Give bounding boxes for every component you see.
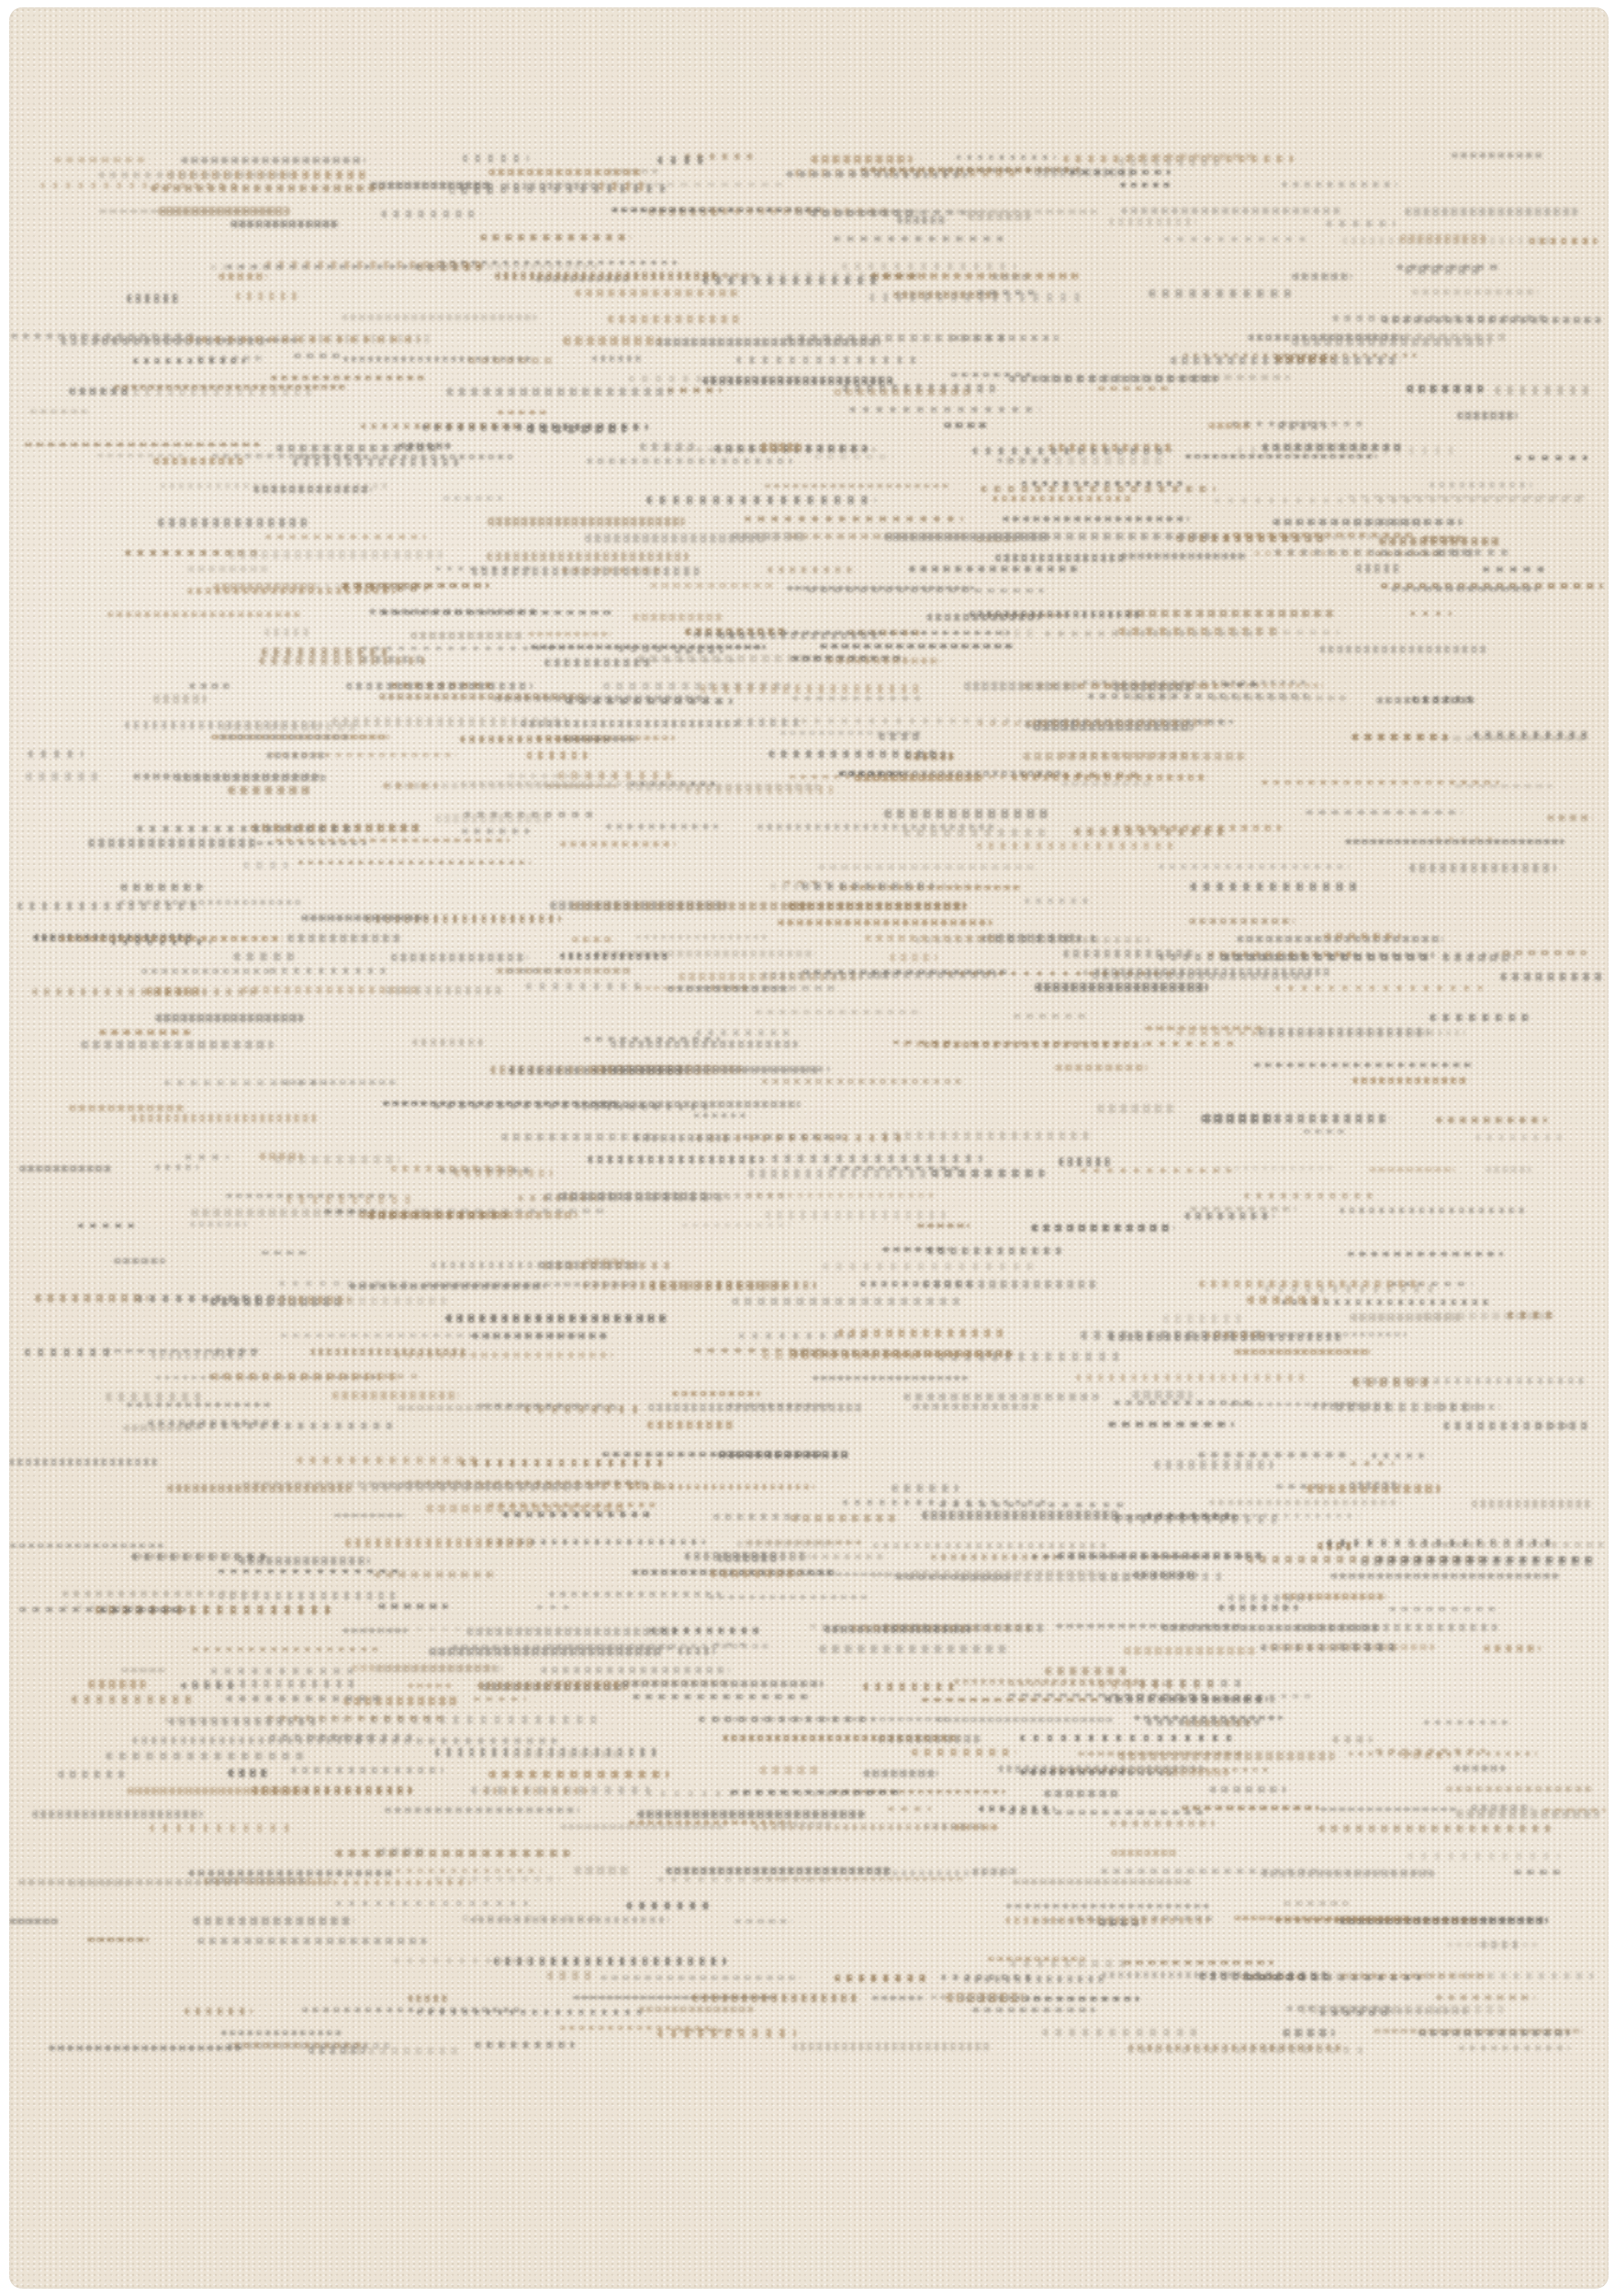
rug-streak: [187, 336, 421, 343]
rug-streak: [1022, 481, 1183, 486]
rug-streak: [1042, 2029, 1205, 2037]
rug-streak: [99, 1030, 191, 1036]
rug-streak: [81, 1041, 274, 1050]
rug-streak: [884, 533, 1051, 542]
rug-streak: [1244, 1193, 1375, 1199]
rug-streak: [1500, 973, 1603, 981]
rug-streak: [827, 658, 941, 664]
rug-streak: [291, 1767, 443, 1773]
rug-streak: [574, 1866, 631, 1874]
rug-streak: [361, 423, 520, 429]
rug-streak: [1006, 1904, 1209, 1909]
rug-streak: [1247, 1296, 1326, 1304]
rug-streak: [1113, 682, 1195, 692]
rug-streak: [1132, 1390, 1194, 1400]
rug-streak: [1061, 782, 1155, 786]
rug-streak: [1377, 1557, 1598, 1562]
rug-streak: [814, 455, 892, 459]
rug-streak: [560, 952, 670, 961]
rug-streak: [544, 658, 652, 667]
rug-streak: [894, 1575, 1008, 1580]
rug-streak: [563, 336, 661, 345]
rug-streak: [1190, 1207, 1296, 1211]
rug-streak: [508, 969, 569, 973]
rug-streak: [568, 568, 653, 576]
rug-streak: [472, 1333, 607, 1339]
rug-streak: [1081, 1168, 1232, 1173]
rug-streak: [262, 1251, 308, 1255]
rug-streak: [463, 154, 529, 163]
rug-streak: [1286, 2006, 1396, 2010]
rug-streak: [1288, 952, 1512, 959]
rug-streak: [1405, 265, 1479, 275]
rug-streak: [972, 2008, 1095, 2012]
rug-streak: [1184, 1719, 1251, 1727]
rug-streak: [1481, 1941, 1520, 1950]
rug-streak: [1149, 289, 1292, 297]
rug-streak: [505, 183, 597, 190]
rug-streak: [1474, 731, 1590, 739]
rug-streak: [32, 988, 256, 996]
rug-streak: [1199, 1280, 1423, 1288]
rug-streak: [1452, 152, 1544, 158]
rug-streak: [1121, 553, 1247, 559]
rug-streak: [35, 1294, 149, 1302]
rug-streak: [1111, 1850, 1179, 1857]
rug-streak: [995, 554, 1125, 562]
rug-streak: [279, 1281, 416, 1287]
rug-streak: [487, 552, 689, 561]
rug-streak: [429, 1648, 662, 1655]
rug-streak: [762, 1353, 921, 1359]
rug-streak: [717, 1553, 779, 1562]
rug-streak: [909, 566, 1079, 573]
rug-streak: [1495, 386, 1592, 395]
rug-streak: [1020, 1735, 1234, 1741]
rug-streak: [187, 588, 396, 594]
rug-streak: [526, 983, 643, 990]
rug-streak: [1400, 234, 1486, 243]
rug-streak: [1129, 1766, 1191, 1774]
rug-streak: [98, 172, 294, 177]
rug-streak: [954, 1679, 1140, 1684]
rug-streak: [1058, 1552, 1263, 1559]
streak-pattern: [9, 145, 1609, 2059]
rug-streak: [865, 935, 1001, 941]
rug-streak: [964, 681, 1077, 690]
rug-streak: [1003, 516, 1189, 522]
rug-streak: [1232, 422, 1370, 426]
rug-streak: [1407, 385, 1484, 393]
rug-streak: [711, 985, 751, 991]
rug-streak: [1044, 1790, 1119, 1796]
rug-streak: [54, 157, 149, 162]
rug-streak: [227, 264, 456, 269]
rug-streak: [745, 516, 964, 523]
rug-streak: [187, 566, 268, 572]
rug-streak: [443, 496, 502, 501]
rug-streak: [1351, 734, 1448, 740]
rug-streak: [181, 157, 366, 163]
rug-streak: [588, 1155, 764, 1164]
rug-streak: [17, 902, 204, 910]
rug-streak: [1045, 1667, 1129, 1675]
rug-streak: [1102, 1972, 1243, 1979]
rug-streak: [1502, 951, 1587, 955]
rug-streak: [461, 1459, 663, 1467]
rug-streak: [49, 2045, 242, 2051]
rug-streak: [488, 517, 684, 526]
rug-streak: [136, 1554, 239, 1559]
rug-streak: [488, 169, 642, 175]
rug-streak: [1116, 1514, 1241, 1521]
rug-streak: [394, 1958, 535, 1964]
rug-streak: [1350, 1481, 1402, 1489]
rug-streak: [352, 1664, 496, 1671]
rug-streak: [242, 986, 418, 994]
rug-streak: [884, 809, 1049, 818]
rug-streak: [713, 1514, 801, 1519]
rug-streak: [1097, 1104, 1178, 1113]
rug-streak: [88, 838, 258, 847]
rug-streak: [153, 457, 244, 465]
rug-streak: [1376, 697, 1475, 703]
rug-streak: [1126, 610, 1335, 617]
rug-streak: [1484, 1645, 1541, 1652]
rug-streak: [221, 722, 361, 731]
rug-streak: [622, 1681, 824, 1687]
rug-streak: [1537, 1424, 1576, 1428]
rug-streak: [1351, 1461, 1394, 1466]
rug-streak: [1409, 863, 1556, 872]
rug-streak: [266, 1297, 448, 1306]
rug-streak: [136, 1295, 286, 1302]
rug-streak: [26, 772, 99, 781]
rug-streak: [1164, 237, 1310, 242]
shag-rug: [9, 7, 1609, 2289]
rug-streak: [600, 1975, 801, 1981]
rug-streak: [541, 1667, 730, 1673]
rug-streak: [1453, 1765, 1507, 1772]
rug-streak: [1228, 1594, 1313, 1602]
rug-streak: [823, 1263, 1037, 1270]
rug-streak: [957, 155, 1056, 160]
rug-streak: [1010, 1960, 1127, 1967]
rug-streak: [1076, 1374, 1309, 1381]
rug-streak: [11, 333, 200, 339]
rug-streak: [106, 1752, 308, 1760]
rug-streak: [197, 1938, 427, 1944]
rug-streak: [1132, 1571, 1198, 1579]
rug-streak: [398, 443, 451, 449]
rug-streak: [1032, 719, 1211, 726]
rug-streak: [702, 276, 880, 285]
rug-streak: [736, 1540, 835, 1548]
rug-streak: [1446, 1786, 1593, 1792]
rug-streak: [640, 658, 737, 662]
rug-streak: [271, 376, 426, 380]
rug-streak: [107, 612, 302, 617]
rug-streak: [694, 1113, 750, 1118]
rug-streak: [931, 1995, 1028, 1999]
rug-streak: [286, 1195, 418, 1204]
rug-streak: [1124, 1647, 1256, 1655]
rug-streak: [600, 1480, 661, 1484]
rug-streak: [1374, 2029, 1583, 2032]
rug-streak: [367, 1211, 508, 1219]
rug-streak: [1341, 1974, 1489, 1978]
rug-streak: [947, 972, 1181, 975]
rug-streak: [1108, 1422, 1234, 1427]
rug-streak: [193, 1917, 354, 1925]
rug-streak: [791, 1514, 898, 1523]
rug-streak: [169, 1717, 322, 1726]
rug-streak: [1101, 1869, 1320, 1874]
rug-streak: [62, 1591, 264, 1597]
rug-streak: [1412, 289, 1539, 295]
rug-streak: [1338, 1643, 1394, 1650]
rug-streak: [1455, 784, 1553, 788]
rug-streak: [78, 1223, 138, 1229]
rug-streak: [25, 443, 260, 447]
rug-streak: [228, 786, 312, 794]
rug-streak: [860, 1281, 972, 1287]
rug-streak: [778, 919, 993, 926]
rug-streak: [1306, 810, 1463, 815]
rug-streak: [383, 782, 437, 790]
rug-streak: [585, 534, 765, 542]
rug-streak: [849, 407, 1041, 412]
rug-streak: [629, 1820, 791, 1825]
rug-streak: [433, 1103, 664, 1109]
rug-streak: [1304, 1130, 1346, 1133]
rug-streak: [1430, 482, 1532, 488]
rug-streak: [837, 1329, 1008, 1336]
rug-streak: [445, 1314, 669, 1322]
rug-streak: [521, 720, 738, 727]
rug-streak: [1120, 183, 1172, 186]
rug-streak: [155, 1014, 304, 1022]
rug-streak: [155, 1165, 198, 1170]
rug-streak: [872, 1996, 923, 2000]
rug-streak: [1248, 334, 1403, 340]
rug-streak: [229, 550, 443, 559]
rug-streak: [748, 1169, 926, 1178]
rug-streak: [892, 1484, 959, 1492]
rug-streak: [1182, 1806, 1318, 1810]
rug-streak: [1483, 567, 1550, 572]
rug-streak: [863, 1770, 938, 1777]
rug-streak: [634, 1134, 735, 1142]
rug-streak: [796, 210, 977, 215]
rug-streak: [1275, 1918, 1479, 1923]
rug-streak: [133, 773, 320, 779]
rug-streak: [410, 632, 525, 640]
rug-streak: [1201, 1114, 1274, 1123]
rug-streak: [301, 915, 429, 921]
rug-streak: [1070, 170, 1171, 174]
rug-streak: [756, 1010, 923, 1014]
rug-streak: [560, 2026, 717, 2030]
rug-streak: [266, 752, 328, 759]
rug-streak: [835, 1975, 931, 1982]
rug-streak: [993, 274, 1030, 280]
rug-streak: [1515, 456, 1588, 460]
rug-streak: [106, 1392, 202, 1401]
rug-streak: [1319, 646, 1488, 653]
rug-streak: [692, 1994, 861, 2002]
rug-streak: [1184, 1212, 1274, 1220]
rug-streak: [1354, 519, 1424, 527]
rug-streak: [59, 936, 283, 941]
rug-streak: [1350, 1313, 1463, 1322]
rug-streak: [762, 1079, 966, 1084]
rug-streak: [1439, 549, 1478, 557]
rug-streak: [997, 458, 1049, 463]
rug-streak: [1262, 444, 1405, 451]
rug-streak: [1216, 1166, 1333, 1170]
rug-streak: [714, 1717, 948, 1721]
rug-streak: [209, 1877, 305, 1884]
rug-streak: [470, 1917, 669, 1923]
rug-streak: [19, 1165, 112, 1172]
rug-streak: [633, 1694, 808, 1700]
rug-streak: [381, 611, 613, 614]
rug-streak: [167, 1484, 352, 1492]
rug-streak: [587, 458, 792, 464]
rug-streak: [127, 1787, 306, 1795]
rug-streak: [355, 1738, 557, 1744]
rug-streak: [549, 1592, 721, 1597]
rug-streak: [1121, 208, 1341, 214]
rug-streak: [768, 567, 858, 573]
rug-streak: [566, 698, 734, 704]
rug-streak: [776, 1821, 834, 1828]
rug-streak: [141, 969, 276, 974]
rug-streak: [379, 693, 589, 699]
rug-streak: [1335, 1402, 1480, 1412]
rug-streak: [1074, 827, 1227, 836]
rug-streak: [527, 751, 588, 760]
rug-streak: [1352, 1077, 1469, 1083]
rug-streak: [228, 1769, 269, 1777]
rug-streak: [483, 1787, 589, 1795]
rug-streak: [219, 273, 268, 280]
rug-streak: [1232, 533, 1415, 538]
rug-streak: [509, 1066, 686, 1075]
rug-streak: [1206, 1332, 1267, 1339]
rug-streak: [391, 1165, 515, 1172]
rug-streak: [381, 210, 481, 218]
rug-streak: [72, 1695, 197, 1705]
rug-streak: [212, 1373, 404, 1380]
rug-streak: [1352, 1378, 1435, 1387]
rug-streak: [408, 1995, 449, 2002]
rug-streak: [97, 454, 184, 457]
rug-streak: [230, 220, 340, 229]
rug-streak: [1223, 682, 1263, 688]
rug-streak: [1146, 1041, 1240, 1046]
rug-streak: [1209, 1786, 1286, 1792]
rug-streak: [1330, 1573, 1560, 1580]
rug-streak: [379, 1848, 423, 1855]
rug-streak: [1326, 220, 1396, 227]
rug-streak: [1543, 1808, 1605, 1812]
rug-streak: [1023, 752, 1245, 760]
rug-streak: [280, 1080, 397, 1086]
rug-streak: [1118, 1751, 1335, 1760]
rug-streak: [446, 388, 672, 396]
rug-streak: [287, 934, 401, 942]
rug-streak: [1215, 498, 1419, 503]
rug-streak: [103, 1349, 259, 1353]
rug-streak: [346, 682, 533, 690]
rug-streak: [1379, 537, 1501, 546]
rug-streak: [185, 1154, 230, 1159]
rug-streak: [1284, 1901, 1348, 1906]
rug-streak: [58, 1771, 126, 1779]
rug-streak: [70, 1880, 129, 1886]
rug-streak: [939, 1503, 1128, 1507]
rug-streak: [838, 771, 903, 775]
rug-streak: [32, 1810, 203, 1818]
rug-streak: [560, 841, 677, 848]
rug-streak: [728, 1403, 831, 1408]
rug-streak: [1332, 315, 1551, 321]
rug-streak: [1254, 1063, 1475, 1067]
rug-streak: [608, 315, 744, 322]
rug-streak: [1372, 1453, 1431, 1458]
rug-streak: [709, 1595, 870, 1599]
rug-streak: [917, 1223, 969, 1228]
rug-streak: [64, 1604, 143, 1610]
rug-streak: [1405, 208, 1578, 216]
rug-streak: [1008, 1810, 1205, 1815]
rug-streak: [1176, 1030, 1263, 1036]
rug-streak: [158, 518, 308, 527]
rug-streak: [931, 1169, 1045, 1177]
rug-streak: [575, 289, 743, 297]
rug-streak: [1356, 564, 1402, 573]
rug-streak: [657, 156, 707, 164]
rug-streak: [1031, 1224, 1174, 1232]
rug-streak: [332, 1391, 459, 1400]
rug-streak: [787, 586, 974, 591]
rug-streak: [723, 1735, 960, 1741]
rug-streak: [133, 358, 246, 364]
rug-streak: [618, 646, 666, 652]
rug-streak: [449, 186, 498, 195]
rug-streak: [293, 458, 459, 467]
rug-streak: [890, 953, 937, 962]
rug-streak: [772, 1154, 982, 1163]
rug-streak: [226, 1695, 381, 1702]
rug-streak: [834, 388, 970, 396]
rug-streak: [1459, 2045, 1571, 2052]
rug-streak: [592, 355, 644, 361]
rug-streak: [275, 838, 510, 842]
rug-streak: [1426, 586, 1538, 591]
rug-streak: [190, 1221, 247, 1228]
rug-streak: [1127, 2047, 1364, 2054]
rug-streak: [1408, 1542, 1604, 1547]
rug-streak: [461, 782, 684, 786]
rug-streak: [922, 1698, 1100, 1702]
rug-streak: [736, 718, 803, 726]
rug-streak: [736, 356, 918, 364]
rug-streak: [1408, 1852, 1560, 1861]
rug-streak: [731, 1790, 900, 1795]
